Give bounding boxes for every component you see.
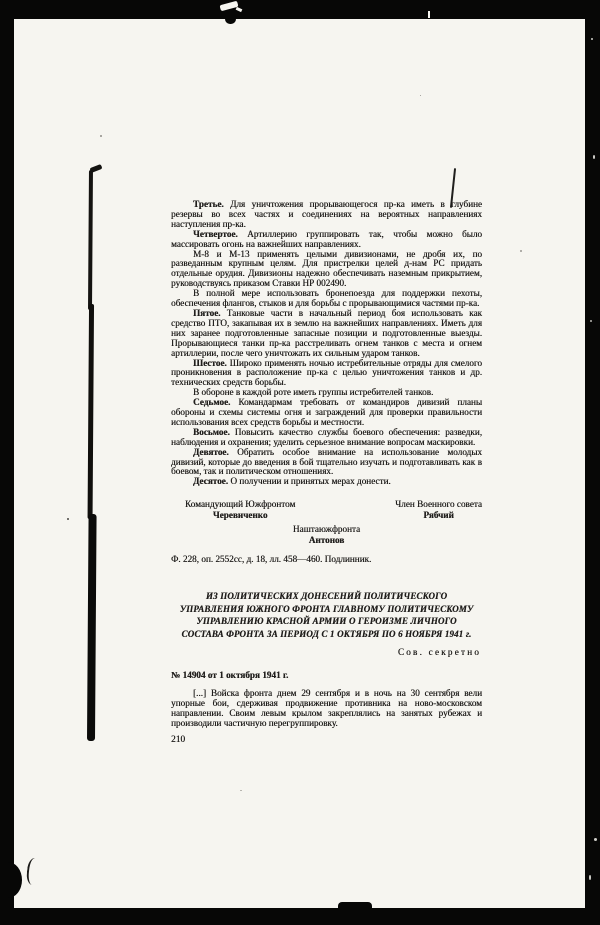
classification-label: Сов. секретно (171, 648, 482, 658)
order-paragraph: Восьмое. Повысить качество службы боевог… (171, 428, 482, 448)
ink-streak-mark (82, 166, 106, 741)
paragraph-text: О получении и принятых мерах донести. (228, 476, 391, 486)
signature-center-title: Наштаюжфронта (171, 525, 482, 535)
signature-right-name: Рябчий (395, 511, 482, 521)
paragraph-lead: Девятое. (193, 447, 229, 457)
scan-speck (591, 38, 593, 40)
signature-center-name: Антонов (171, 536, 482, 546)
text-column: Третье. Для уничтожения прорывающегося п… (171, 200, 482, 746)
ink-streak-segment (87, 514, 97, 741)
scan-speck (520, 250, 522, 252)
order-paragraph: Четвертое. Артиллерию группировать так, … (171, 230, 482, 250)
scan-edge-top (0, 0, 600, 19)
signature-left: Командующий Южфронтом Черевиченко (185, 500, 295, 521)
document-number: № 14904 от 1 октября 1941 г. (171, 671, 482, 681)
paragraph-lead: Шестое. (193, 358, 227, 368)
scan-speck (420, 95, 421, 96)
report-heading-line: СОСТАВА ФРОНТА ЗА ПЕРИОД С 1 ОКТЯБРЯ ПО … (171, 628, 482, 641)
page-number: 210 (171, 736, 482, 746)
scan-edge-left (0, 0, 14, 925)
order-paragraph: Третье. Для уничтожения прорывающегося п… (171, 200, 482, 230)
paragraph-lead: Десятое. (193, 476, 228, 486)
paragraph-lead: Третье. (193, 199, 224, 209)
scan-speck (100, 135, 102, 137)
signature-right: Член Военного совета Рябчий (395, 500, 482, 521)
order-paragraph: Пятое. Танковые части в начальный период… (171, 309, 482, 359)
ink-streak-segment (88, 170, 93, 310)
paragraph-text: М-8 и М-13 применять целыми дивизионами,… (171, 249, 482, 289)
ink-streak-segment (88, 304, 95, 519)
report-body-paragraph: [...] Войска фронта днем 29 сентября и в… (171, 689, 482, 729)
scan-edge-right (585, 0, 600, 925)
scan-speck (590, 320, 592, 322)
scan-edge-bump (338, 902, 372, 910)
paragraph-lead: Восьмое. (193, 427, 230, 437)
signature-right-title: Член Военного совета (395, 500, 482, 510)
report-heading: ИЗ ПОЛИТИЧЕСКИХ ДОНЕСЕНИЙ ПОЛИТИЧЕСКОГО … (171, 590, 482, 641)
scan-speck (67, 518, 69, 520)
signature-left-name: Черевиченко (185, 511, 295, 521)
scan-speck (589, 875, 591, 880)
scanned-book-page: Третье. Для уничтожения прорывающегося п… (0, 0, 600, 925)
report-heading-line: ИЗ ПОЛИТИЧЕСКИХ ДОНЕСЕНИЙ ПОЛИТИЧЕСКОГО (171, 590, 482, 603)
order-paragraph: Десятое. О получении и принятых мерах до… (171, 477, 482, 487)
report-heading-line: УПРАВЛЕНИЯ ЮЖНОГО ФРОНТА ГЛАВНОМУ ПОЛИТИ… (171, 603, 482, 616)
scan-speck (593, 155, 595, 159)
scan-speck (594, 838, 597, 841)
order-paragraph: Шестое. Широко применять ночью истребите… (171, 359, 482, 389)
order-paragraph: Седьмое. Командармам требовать от команд… (171, 398, 482, 428)
order-paragraphs: Третье. Для уничтожения прорывающегося п… (171, 200, 482, 487)
paragraph-text: В обороне в каждой роте иметь группы ист… (193, 387, 433, 397)
scan-speck (240, 790, 242, 791)
signature-row: Командующий Южфронтом Черевиченко Член В… (171, 500, 482, 521)
paragraph-lead: Пятое. (193, 308, 220, 318)
scan-artifact-scratch (428, 11, 430, 18)
order-paragraph: Девятое. Обратить особое внимание на исп… (171, 448, 482, 478)
signature-center: Наштаюжфронта Антонов (171, 525, 482, 546)
paragraph-lead: Седьмое. (193, 397, 230, 407)
order-paragraph: М-8 и М-13 применять целыми дивизионами,… (171, 250, 482, 290)
paragraph-lead: Четвертое. (193, 229, 238, 239)
report-heading-line: УПРАВЛЕНИЮ КРАСНОЙ АРМИИ О ГЕРОИЗМЕ ЛИЧН… (171, 615, 482, 628)
scan-edge-bottom (0, 908, 600, 925)
signature-left-title: Командующий Южфронтом (185, 500, 295, 510)
order-paragraph: В полной мере использовать бронепоезда д… (171, 289, 482, 309)
paragraph-text: В полной мере использовать бронепоезда д… (171, 288, 482, 308)
archive-reference: Ф. 228, оп. 2552сс, д. 18, лл. 458—460. … (171, 555, 482, 565)
